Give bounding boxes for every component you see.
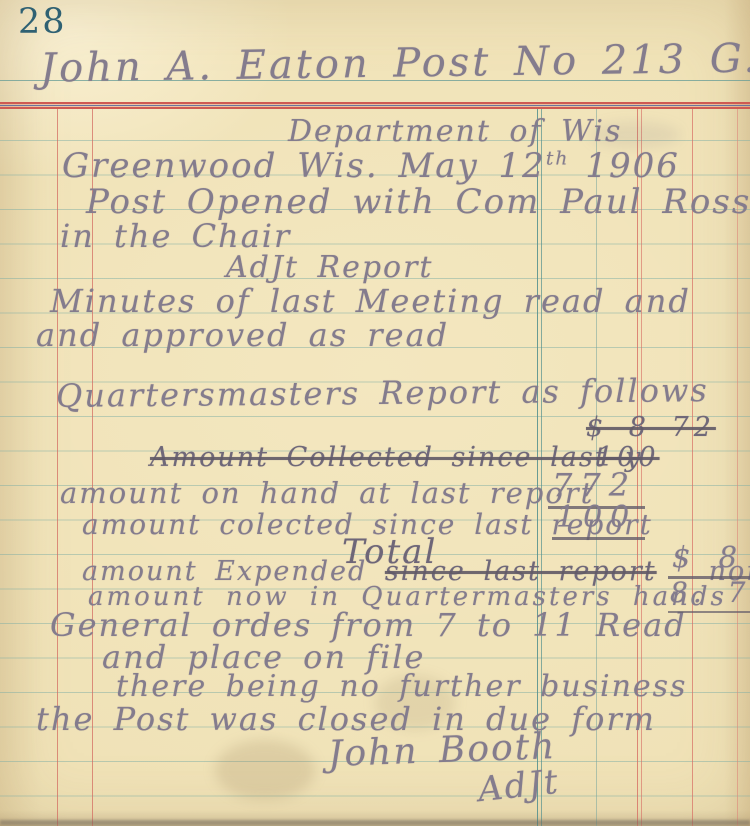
date-year: 1906 — [585, 146, 680, 186]
row-collected-value: 100 — [552, 500, 645, 540]
line-post-closed: the Post was closed in due form — [36, 700, 656, 738]
row-expended-value: $ 8 72 — [668, 540, 750, 579]
heading-qm-report: Quartersmasters Report as follows — [56, 371, 709, 415]
row-on-hand-label: amount on hand at last report — [60, 476, 594, 510]
line-place-date: Greenwood Wis. May 12th1906 — [62, 146, 680, 186]
line-no-further-business: there being no further business — [116, 669, 687, 704]
line-post-opened: Post Opened with Com Paul Rossman — [86, 182, 750, 222]
place-date-text: Greenwood Wis. May 12 — [62, 146, 546, 186]
signature-title: AdJt — [476, 762, 561, 810]
line-minutes-2: and approved as read — [36, 316, 449, 354]
date-ordinal: th — [546, 149, 570, 170]
page-number: 28 — [18, 2, 67, 42]
total-insert: Total — [342, 532, 437, 572]
scan-bottom-edge — [0, 820, 750, 825]
ledger-page: 28 John A. Eaton Post No 213 G.A.R Depar… — [0, 0, 750, 826]
struck-amount: $ 8 72 — [586, 412, 716, 443]
ledger-title: John A. Eaton Post No 213 G.A.R — [40, 34, 750, 91]
row-now-in-hands-value: 8. 72 — [668, 576, 750, 613]
line-department: Department of Wis — [288, 114, 622, 149]
line-minutes-1: Minutes of last Meeting read and — [50, 282, 691, 320]
heading-adjt-report: AdJt Report — [226, 250, 434, 285]
